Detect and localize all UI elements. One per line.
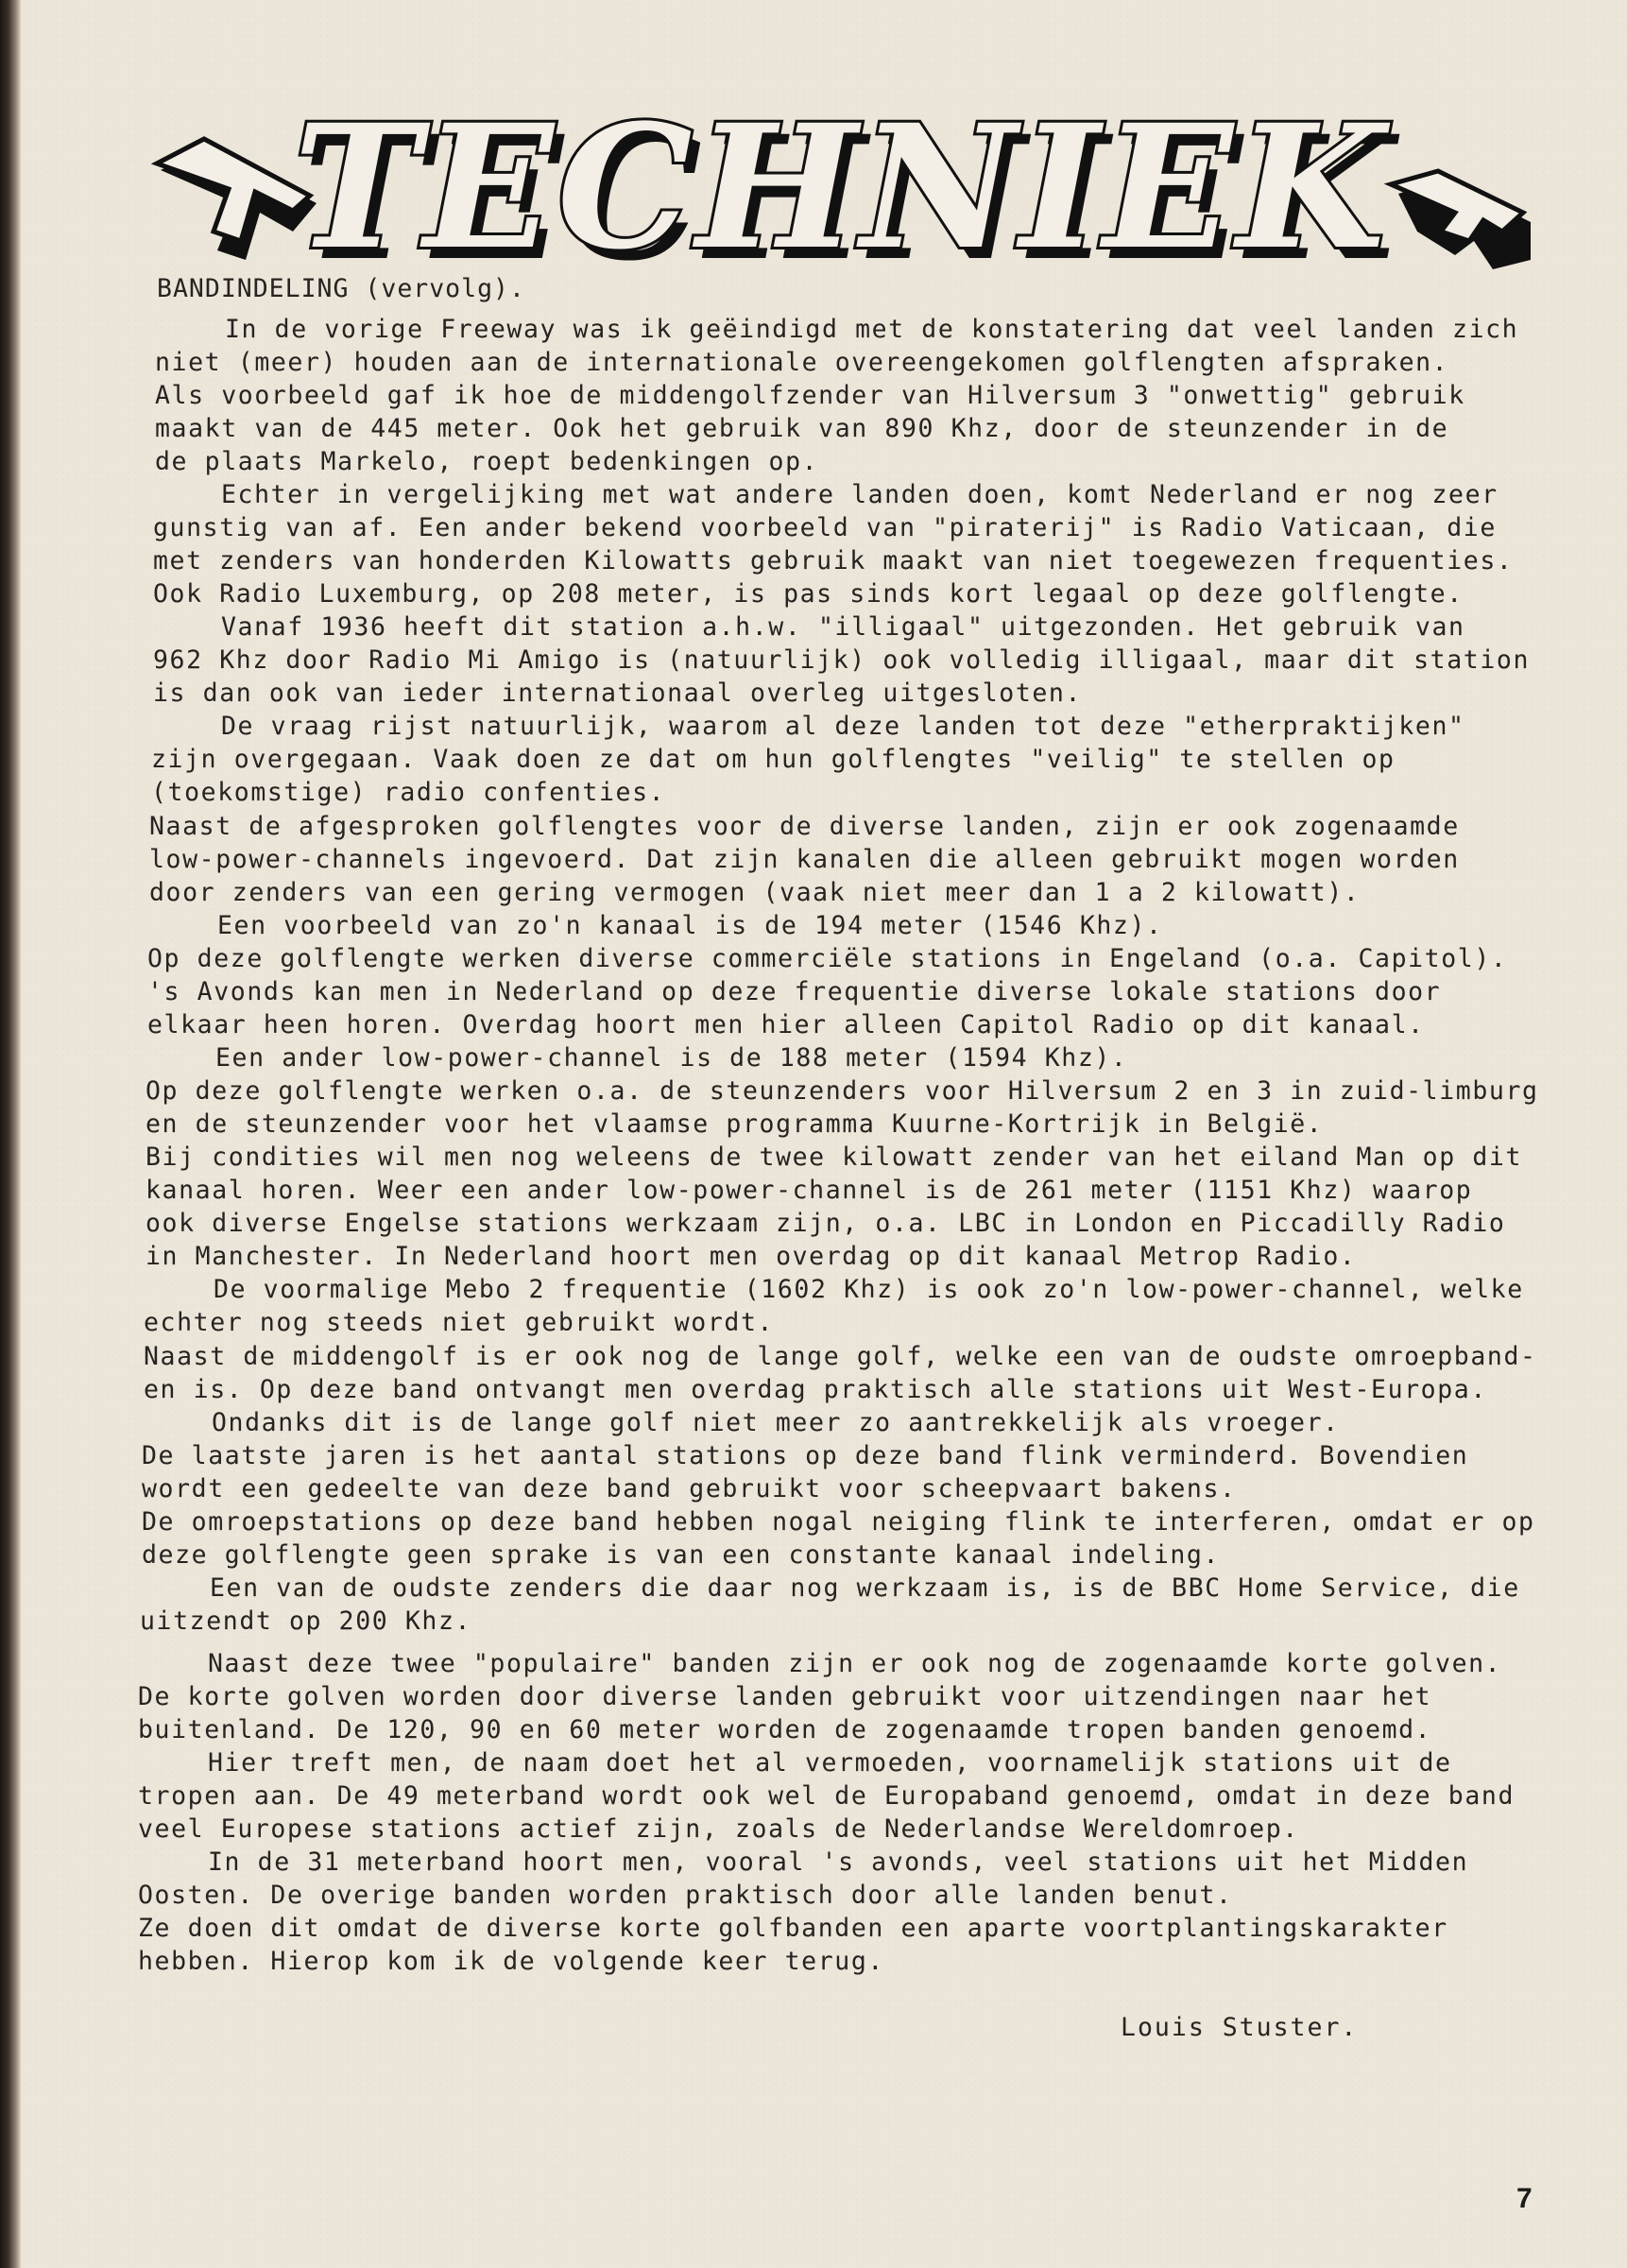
author-signature: Louis Stuster.: [1121, 2014, 1358, 2042]
text-line: (toekomstige) radio confenties.: [151, 779, 665, 807]
text-line: Een van de oudste zenders die daar nog w…: [210, 1574, 1520, 1603]
text-line: 's Avonds kan men in Nederland op deze f…: [147, 978, 1441, 1006]
text-line: is dan ook van ieder internationaal over…: [153, 679, 1082, 708]
text-line: Echter in vergelijking met wat andere la…: [221, 481, 1499, 509]
text-line: gunstig van af. Een ander bekend voorbee…: [153, 514, 1497, 542]
text-line: tropen aan. De 49 meterband wordt ook we…: [138, 1782, 1515, 1811]
text-line: kanaal horen. Weer een ander low-power-c…: [146, 1177, 1472, 1205]
article-heading: BANDINDELING (vervolg).: [157, 275, 525, 303]
text-line: buitenland. De 120, 90 en 60 meter worde…: [138, 1716, 1431, 1744]
text-line: De voormalige Mebo 2 frequentie (1602 Kh…: [214, 1276, 1524, 1304]
text-line: wordt een gedeelte van deze band gebruik…: [142, 1475, 1237, 1503]
text-line: Als voorbeeld gaf ik hoe de middengolfze…: [155, 382, 1465, 410]
text-line: De vraag rijst natuurlijk, waarom al dez…: [221, 713, 1465, 741]
text-line: maakt van de 445 meter. Ook het gebruik …: [155, 415, 1448, 443]
text-line: hebben. Hierop kom ik de volgende keer t…: [138, 1948, 884, 1976]
text-line: Bij condities wil men nog weleens de twe…: [146, 1143, 1522, 1172]
text-line: De korte golven worden door diverse land…: [138, 1683, 1431, 1711]
text-line: echter nog steeds niet gebruikt wordt.: [144, 1309, 774, 1337]
text-line: Op deze golflengte werken diverse commer…: [147, 945, 1507, 973]
text-line: Vanaf 1936 heeft dit station a.h.w. "ill…: [221, 613, 1465, 642]
text-line: Oosten. De overige banden worden praktis…: [138, 1881, 1233, 1910]
text-line: uitzendt op 200 Khz.: [140, 1607, 471, 1636]
text-line: en de steunzender voor het vlaamse progr…: [146, 1110, 1323, 1139]
text-line: Hier treft men, de naam doet het al verm…: [208, 1749, 1452, 1778]
text-line: zijn overgegaan. Vaak doen ze dat om hun…: [151, 746, 1396, 774]
text-line: De laatste jaren is het aantal stations …: [142, 1442, 1468, 1470]
techniek-banner-logo: TECHNIEK TECHNIEK: [151, 90, 1550, 279]
text-line: Een ander low-power-channel is de 188 me…: [215, 1044, 1128, 1073]
text-line: niet (meer) houden aan de internationale…: [155, 349, 1448, 377]
text-line: 962 Khz door Radio Mi Amigo is (natuurli…: [153, 646, 1530, 675]
text-line: elkaar heen horen. Overdag hoort men hie…: [147, 1011, 1425, 1039]
text-line: In de 31 meterband hoort men, vooral 's …: [208, 1848, 1468, 1877]
text-line: Ondanks dit is de lange golf niet meer z…: [212, 1409, 1340, 1437]
text-line: door zenders van een gering vermogen (va…: [149, 879, 1360, 907]
text-line: Ook Radio Luxemburg, op 208 meter, is pa…: [153, 580, 1464, 609]
text-line: veel Europese stations actief zijn, zoal…: [138, 1815, 1299, 1844]
text-line: met zenders van honderden Kilowatts gebr…: [153, 547, 1513, 576]
text-line: Op deze golflengte werken o.a. de steunz…: [146, 1077, 1539, 1106]
right-arrow-icon: [1391, 171, 1531, 269]
svg-text:TECHNIEK: TECHNIEK: [294, 90, 1391, 279]
text-line: Naast deze twee "populaire" banden zijn …: [208, 1650, 1501, 1678]
text-line: ook diverse Engelse stations werkzaam zi…: [146, 1210, 1505, 1238]
text-line: In de vorige Freeway was ik geëindigd me…: [225, 316, 1518, 344]
text-line: de plaats Markelo, roept bedenkingen op.: [155, 448, 818, 476]
text-line: en is. Op deze band ontvangt men overdag…: [144, 1376, 1487, 1404]
text-line: De omroepstations op deze band hebben no…: [142, 1508, 1535, 1537]
text-line: low-power-channels ingevoerd. Dat zijn k…: [149, 846, 1460, 874]
text-line: deze golflengte geen sprake is van een c…: [142, 1541, 1220, 1570]
text-line: Een voorbeeld van zo'n kanaal is de 194 …: [217, 912, 1163, 940]
page-binding-edge: [0, 0, 21, 2268]
text-line: Naast de middengolf is er ook nog de lan…: [144, 1343, 1537, 1371]
text-line: Ze doen dit omdat de diverse korte golfb…: [138, 1915, 1448, 1943]
page-number: 7: [1516, 2183, 1533, 2215]
text-line: Naast de afgesproken golflengtes voor de…: [149, 813, 1460, 841]
text-line: in Manchester. In Nederland hoort men ov…: [146, 1243, 1356, 1271]
